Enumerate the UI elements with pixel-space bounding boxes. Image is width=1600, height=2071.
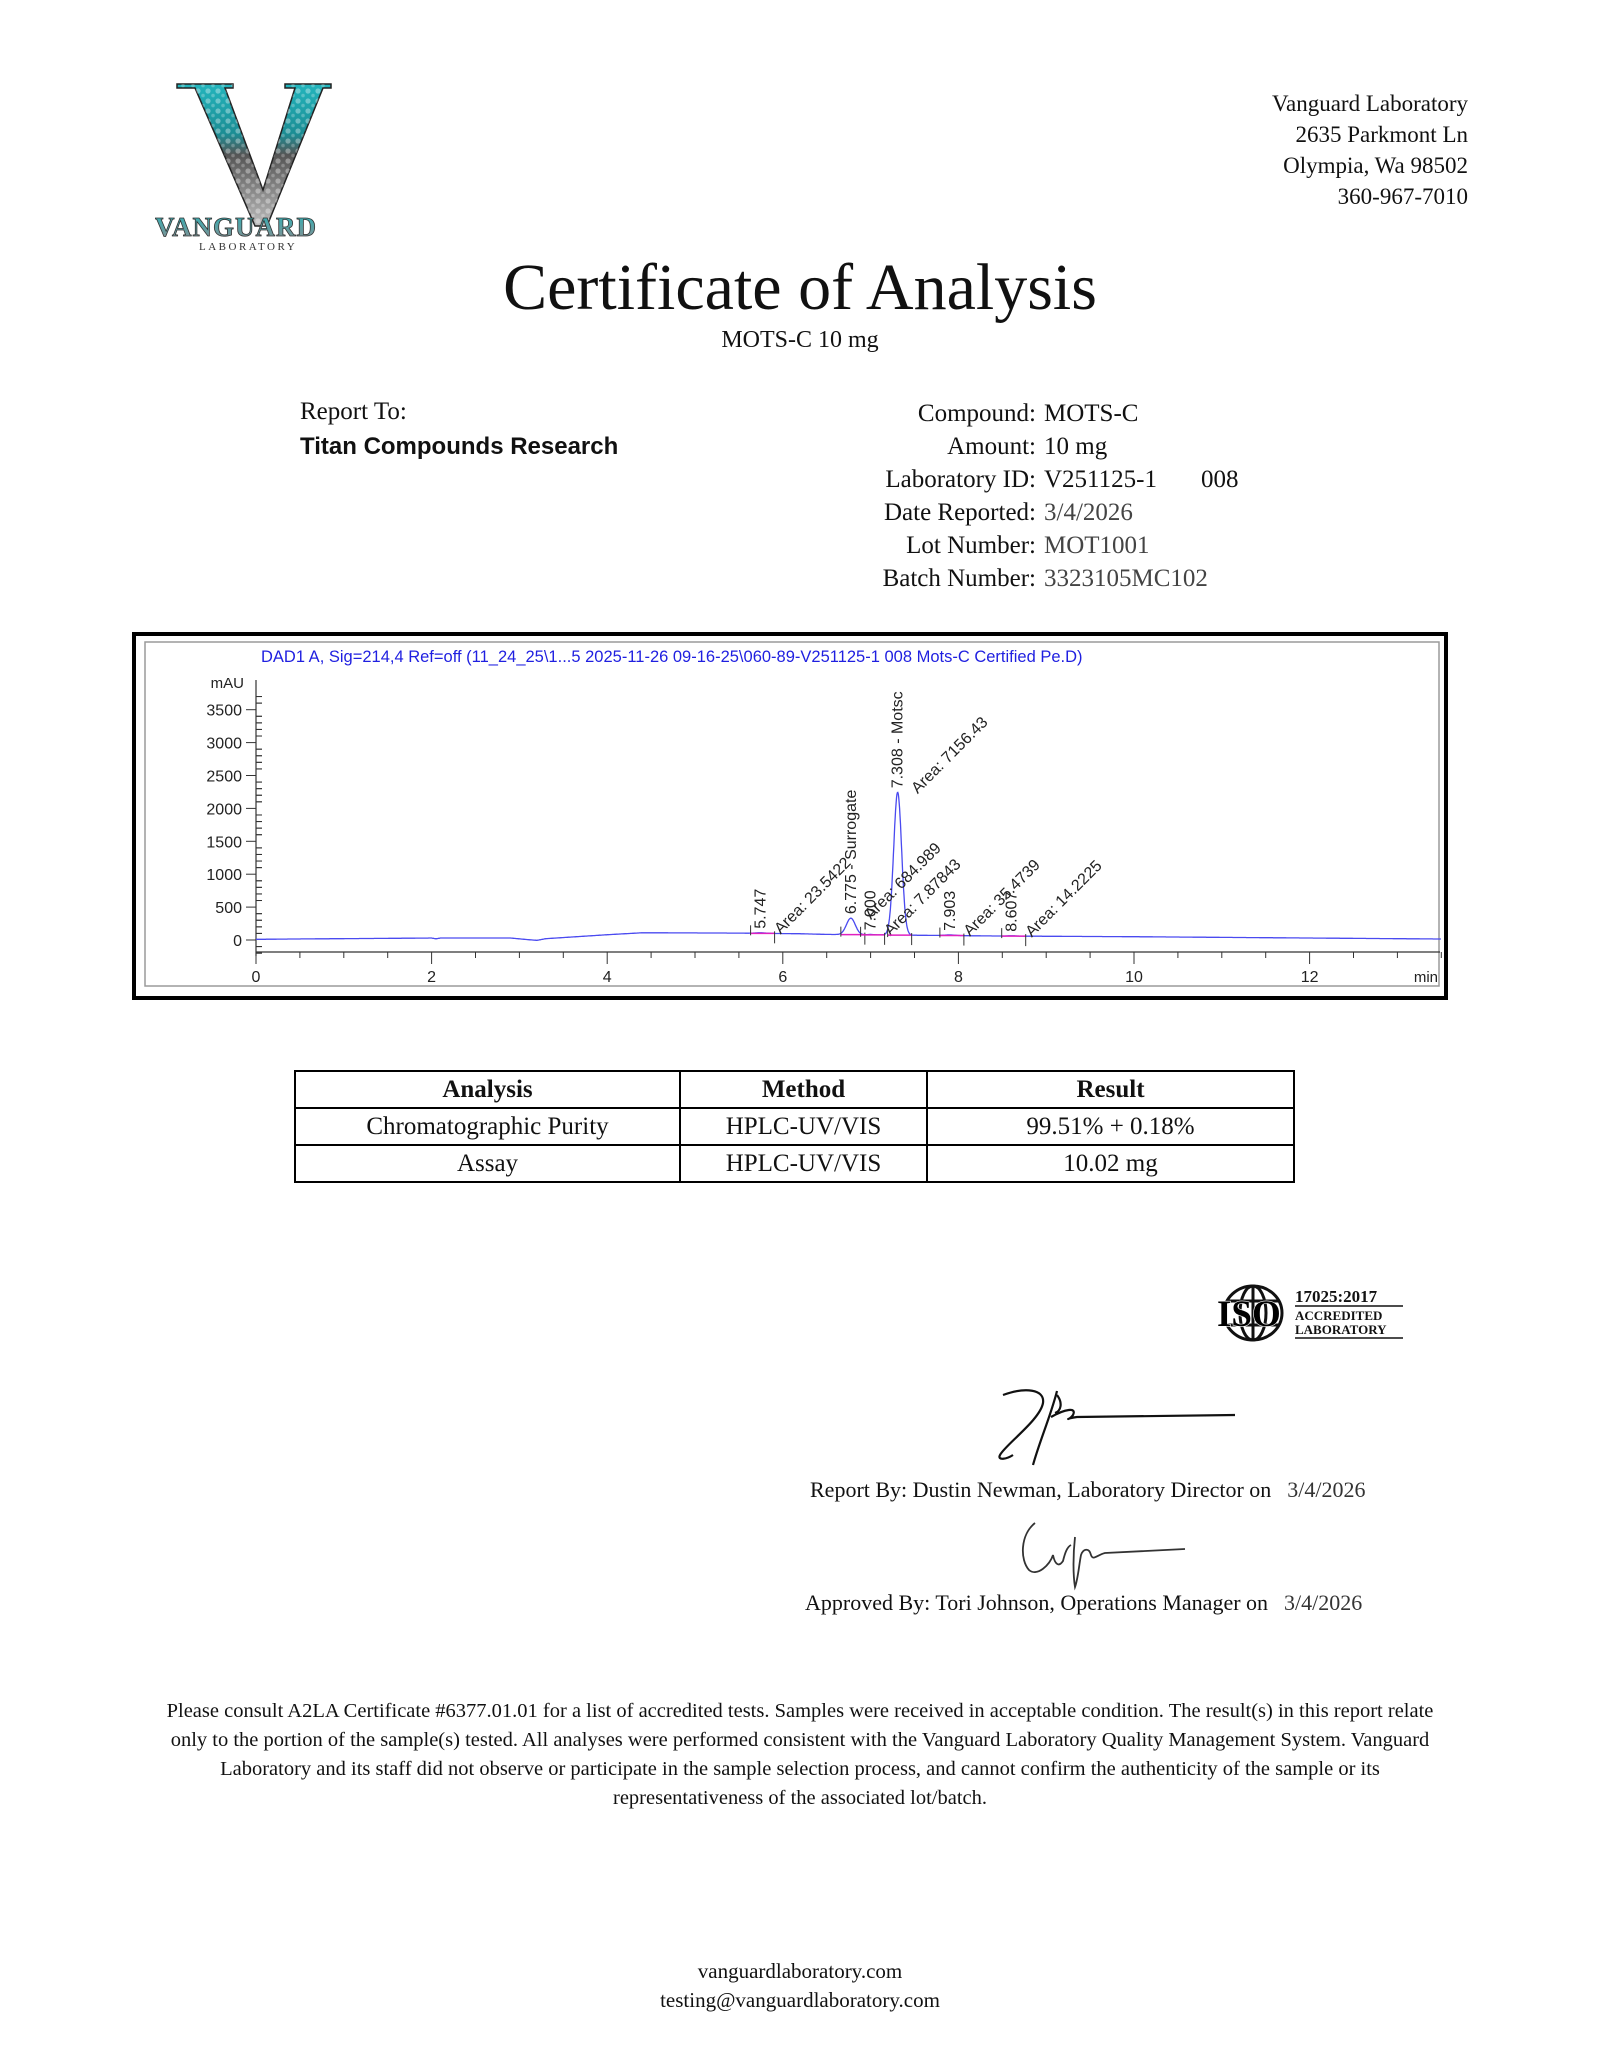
- footer-website-link[interactable]: vanguardlaboratory.com: [0, 1957, 1600, 1986]
- iso-accreditation-badge: ISO 17025:2017 ACCREDITED LABORATORY: [1215, 1282, 1405, 1344]
- y-tick-label: 3500: [206, 703, 242, 720]
- info-label: Lot Number:: [820, 529, 1044, 562]
- table-cell: HPLC-UV/VIS: [680, 1145, 927, 1182]
- info-label: Amount:: [820, 430, 1044, 463]
- info-value: 10 mg: [1044, 430, 1107, 463]
- table-cell: 99.51% + 0.18%: [927, 1108, 1294, 1145]
- info-row-lot-number: Lot Number: MOT1001: [820, 529, 1238, 562]
- table-cell: Chromatographic Purity: [295, 1108, 680, 1145]
- table-row: Chromatographic Purity HPLC-UV/VIS 99.51…: [295, 1108, 1294, 1145]
- info-label: Date Reported:: [820, 496, 1044, 529]
- address-line: Olympia, Wa 98502: [1272, 150, 1468, 181]
- footer-email-link[interactable]: testing@vanguardlaboratory.com: [0, 1986, 1600, 2015]
- info-label: Laboratory ID:: [820, 463, 1044, 496]
- table-row: Assay HPLC-UV/VIS 10.02 mg: [295, 1145, 1294, 1182]
- x-tick-label: 0: [252, 969, 261, 986]
- address-line: 2635 Parkmont Ln: [1272, 119, 1468, 150]
- info-label: Batch Number:: [820, 562, 1044, 595]
- x-tick-label: 8: [954, 969, 963, 986]
- report-by-text: Report By: Dustin Newman, Laboratory Dir…: [810, 1477, 1271, 1502]
- x-tick-label: 6: [778, 969, 787, 986]
- disclaimer-text: Please consult A2LA Certificate #6377.01…: [148, 1697, 1452, 1813]
- y-tick-label: 1000: [206, 867, 242, 884]
- peak-rt-label: 7.308 - Motsc: [890, 691, 907, 788]
- info-value-suffix: 008: [1201, 463, 1239, 496]
- info-row-amount: Amount: 10 mg: [820, 430, 1238, 463]
- column-header: Analysis: [295, 1071, 680, 1108]
- vanguard-logo: VANGUARD LABORATORY: [155, 78, 370, 253]
- approved-by-line: Approved By: Tori Johnson, Operations Ma…: [805, 1590, 1362, 1616]
- peak-rt-label: 7.000: [863, 890, 880, 930]
- address-line: 360-967-7010: [1272, 181, 1468, 212]
- iso-standard: 17025:2017: [1295, 1287, 1378, 1306]
- y-tick-label: 500: [215, 900, 242, 917]
- y-axis-label: mAU: [211, 675, 244, 692]
- iso-line3: LABORATORY: [1295, 1322, 1387, 1337]
- logo-wordmark: VANGUARD: [155, 212, 317, 242]
- peak-rt-label: 7.903: [942, 891, 959, 931]
- iso-mark: ISO: [1217, 1294, 1281, 1335]
- chromatogram-plot: DAD1 A, Sig=214,4 Ref=off (11_24_25\1...…: [136, 636, 1444, 996]
- report-to-label: Report To:: [300, 398, 407, 426]
- info-row-laboratory-id: Laboratory ID: V251125-1 008: [820, 463, 1238, 496]
- info-row-date-reported: Date Reported: 3/4/2026: [820, 496, 1238, 529]
- y-tick-label: 2000: [206, 801, 242, 818]
- y-tick-label: 0: [233, 933, 242, 950]
- info-label: Compound:: [820, 397, 1044, 430]
- approved-by-text: Approved By: Tori Johnson, Operations Ma…: [805, 1590, 1268, 1615]
- info-value: MOT1001: [1044, 529, 1150, 562]
- info-value: 3/4/2026: [1044, 496, 1133, 529]
- report-to-name: Titan Compounds Research: [300, 433, 618, 461]
- signature-tori-johnson: [1015, 1515, 1205, 1595]
- info-value: V251125-1: [1044, 463, 1157, 496]
- x-axis-label: min: [1414, 969, 1438, 986]
- chromatogram: DAD1 A, Sig=214,4 Ref=off (11_24_25\1...…: [132, 632, 1448, 1000]
- info-row-batch-number: Batch Number: 3323105MC102: [820, 562, 1238, 595]
- peak-rt-label: 8.607: [1004, 892, 1021, 932]
- table-cell: Assay: [295, 1145, 680, 1182]
- x-tick-label: 12: [1301, 969, 1319, 986]
- peak-rt-label: 6.775 - Surrogate: [843, 790, 860, 915]
- x-tick-label: 2: [427, 969, 436, 986]
- info-value: 3323105MC102: [1044, 562, 1208, 595]
- y-tick-label: 2500: [206, 769, 242, 786]
- document-title: Certificate of Analysis: [0, 250, 1600, 326]
- document-subtitle: MOTS-C 10 mg: [0, 327, 1600, 354]
- approved-by-date: 3/4/2026: [1284, 1590, 1362, 1616]
- column-header: Method: [680, 1071, 927, 1108]
- table-cell: 10.02 mg: [927, 1145, 1294, 1182]
- signature-dustin-newman: [985, 1385, 1245, 1470]
- chart-title: DAD1 A, Sig=214,4 Ref=off (11_24_25\1...…: [261, 648, 1083, 666]
- table-cell: HPLC-UV/VIS: [680, 1108, 927, 1145]
- address-line: Vanguard Laboratory: [1272, 88, 1468, 119]
- column-header: Result: [927, 1071, 1294, 1108]
- footer: vanguardlaboratory.com testing@vanguardl…: [0, 1957, 1600, 2015]
- table-header-row: Analysis Method Result: [295, 1071, 1294, 1108]
- y-tick-label: 1500: [206, 834, 242, 851]
- info-value: MOTS-C: [1044, 397, 1138, 430]
- y-tick-label: 3000: [206, 736, 242, 753]
- plot-border: [145, 642, 1439, 986]
- peak-area-label: Area: 7156.43: [908, 714, 991, 797]
- sample-info: Compound: MOTS-C Amount: 10 mg Laborator…: [820, 397, 1238, 595]
- results-table: Analysis Method Result Chromatographic P…: [294, 1070, 1295, 1183]
- report-by-date: 3/4/2026: [1287, 1477, 1365, 1503]
- peak-rt-label: 5.747: [753, 889, 770, 929]
- x-tick-label: 4: [603, 969, 612, 986]
- report-by-line: Report By: Dustin Newman, Laboratory Dir…: [810, 1477, 1366, 1503]
- info-row-compound: Compound: MOTS-C: [820, 397, 1238, 430]
- x-tick-label: 10: [1125, 969, 1143, 986]
- iso-line2: ACCREDITED: [1295, 1308, 1382, 1323]
- lab-address: Vanguard Laboratory 2635 Parkmont Ln Oly…: [1272, 88, 1468, 212]
